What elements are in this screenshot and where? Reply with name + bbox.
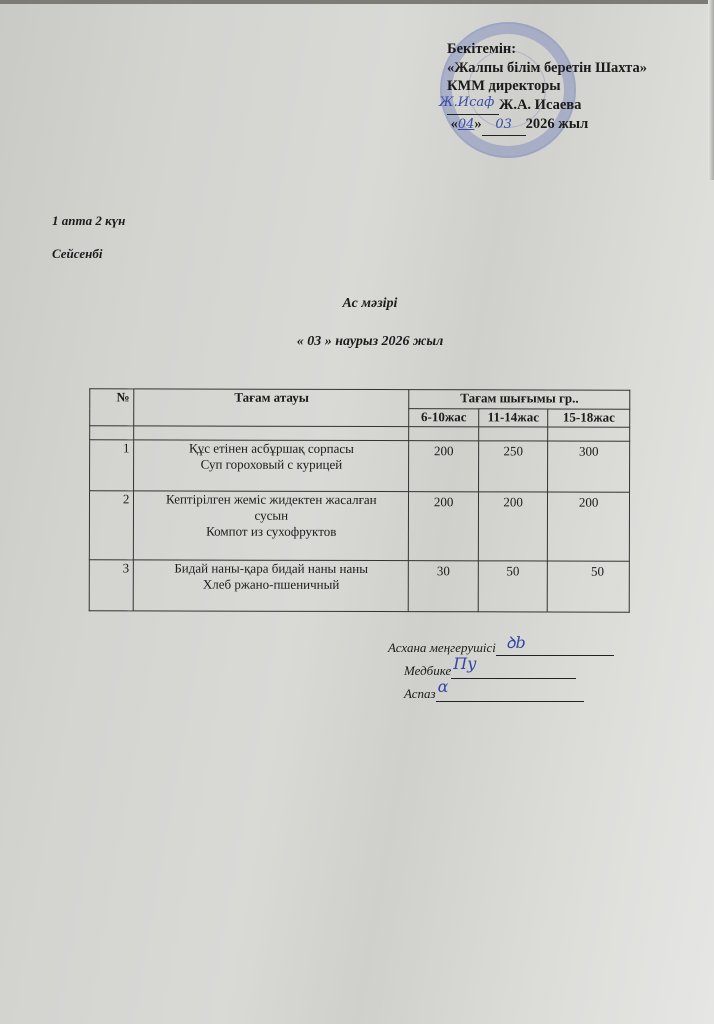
- week-day-label: 1 апта 2 күн: [52, 213, 125, 229]
- dish-name-kz: Бидай наны-қара бидай наны наны: [138, 560, 404, 577]
- value-text: 200: [483, 492, 544, 510]
- value-11-14: 250: [478, 441, 548, 492]
- table-row: 2 Кептірілген жеміс жидектен жасалған су…: [89, 491, 629, 561]
- value-text: 200: [552, 493, 625, 511]
- header-dish-name: Тағам атауы: [134, 389, 409, 427]
- value-6-10: 30: [409, 561, 479, 612]
- signature-kitchen-head: Асхана меңгерушісіꝺb: [388, 640, 614, 663]
- approval-date-day: 04: [458, 117, 475, 132]
- signature-scribble: Пу: [453, 654, 476, 673]
- signature-line: ɑ: [436, 687, 584, 702]
- header-age-11-14: 11-14жас: [479, 409, 549, 427]
- signature-nurse: МедбикеПу: [388, 663, 614, 686]
- header-age-15-18: 15-18жас: [548, 409, 630, 427]
- signature-cook: Аспазɑ: [388, 686, 614, 709]
- open-quote: «: [451, 116, 458, 132]
- value-text: 50: [552, 562, 625, 580]
- signature-line: ꝺb: [496, 641, 614, 656]
- approval-date-year: 2026 жыл: [526, 116, 589, 132]
- dish-name: Бидай наны-қара бидай наны наны Хлеб ржа…: [134, 560, 409, 612]
- menu-table: № Тағам атауы Тағам шығымы гр.. 6-10жас …: [89, 388, 631, 612]
- value-text: 30: [413, 561, 474, 579]
- row-number: 3: [89, 560, 133, 611]
- signature-label: Медбике: [404, 663, 451, 678]
- approval-organization: «Жалпы білім беретін Шахта»: [447, 59, 647, 78]
- approval-heading: Бекітемін:: [447, 40, 647, 59]
- director-name: Ж.А. Исаева: [499, 97, 581, 113]
- dish-name: Құс етінен асбұршақ сорпасы Суп гороховы…: [134, 440, 409, 492]
- value-text: 300: [552, 442, 625, 460]
- signature-label: Аспаз: [404, 686, 436, 701]
- approval-block: Бекітемін: «Жалпы білім беретін Шахта» К…: [447, 40, 647, 136]
- value-text: 250: [483, 441, 544, 459]
- signature-label: Асхана меңгерушісі: [388, 640, 496, 655]
- value-15-18: 50: [548, 561, 630, 612]
- menu-date: « 03 » наурыз 2026 жыл: [0, 334, 714, 350]
- dish-name-ru: Суп гороховый с курицей: [138, 456, 404, 473]
- value-text: 50: [483, 561, 544, 579]
- value-15-18: 300: [548, 441, 630, 492]
- header-yield: Тағам шығымы гр..: [409, 390, 630, 410]
- close-quote: »: [474, 116, 481, 132]
- signatures-block: Асхана меңгерушісіꝺb МедбикеПу Аспазɑ: [388, 640, 614, 709]
- row-number: 2: [89, 491, 134, 560]
- value-11-14: 200: [478, 492, 548, 561]
- dish-name-kz: Кептірілген жеміс жидектен жасалған сусы…: [138, 491, 404, 524]
- table-row: 3 Бидай наны-қара бидай наны наны Хлеб р…: [89, 560, 629, 612]
- signature-scribble: ꝺb: [506, 631, 526, 653]
- value-6-10: 200: [409, 441, 479, 492]
- value-11-14: 50: [478, 561, 548, 612]
- photo-right-edge: [708, 0, 714, 180]
- header-number: №: [90, 389, 134, 426]
- signature-line: Пу: [451, 664, 576, 679]
- table-spacer-row: [90, 426, 630, 441]
- approval-signature-line: Ж.Исаф Ж.А. Исаева: [447, 96, 647, 116]
- dish-name-kz: Құс етінен асбұршақ сорпасы: [138, 440, 404, 457]
- approval-date-month: 03: [495, 117, 512, 132]
- director-signature-scribble: Ж.Исаф: [439, 94, 494, 113]
- value-text: 200: [413, 492, 474, 510]
- photo-top-edge: [0, 0, 714, 4]
- signature-scribble: ɑ: [438, 677, 449, 696]
- approval-date-month-line: 03: [482, 115, 526, 136]
- row-number: 1: [90, 440, 134, 491]
- menu-title: Ас мәзірі: [0, 296, 714, 312]
- director-signature: Ж.Исаф: [447, 96, 499, 116]
- value-15-18: 200: [548, 492, 630, 561]
- dish-name-ru: Хлеб ржано-пшеничный: [138, 576, 404, 593]
- value-6-10: 200: [409, 492, 479, 561]
- dish-name: Кептірілген жеміс жидектен жасалған сусы…: [134, 491, 409, 561]
- table-row: 1 Құс етінен асбұршақ сорпасы Суп горохо…: [90, 440, 630, 492]
- dish-name-ru: Компот из сухофруктов: [138, 523, 404, 540]
- value-text: 200: [413, 441, 474, 459]
- day-name: Сейсенбі: [52, 246, 102, 262]
- approval-date: «04»032026 жыл: [447, 115, 647, 136]
- header-age-6-10: 6-10жас: [409, 409, 479, 427]
